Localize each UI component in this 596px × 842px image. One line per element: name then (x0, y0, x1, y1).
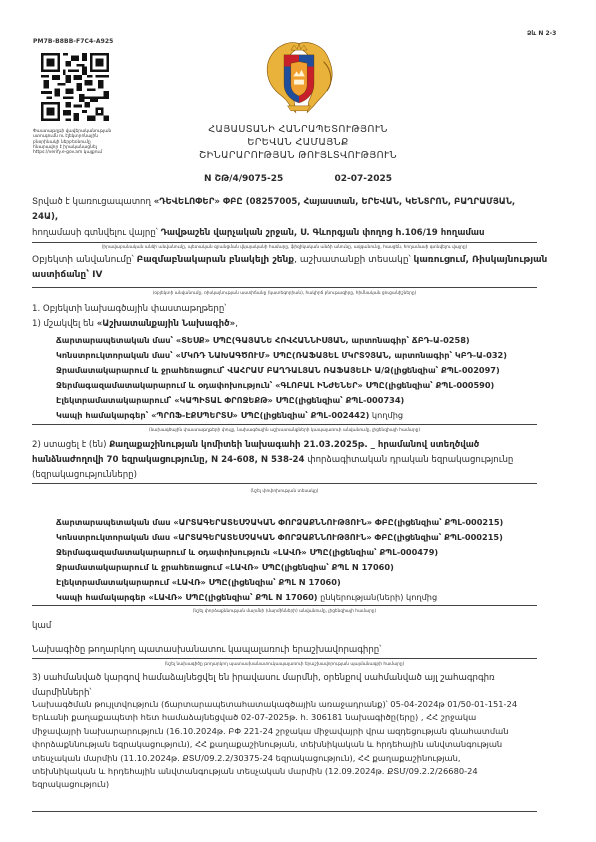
header-country: ՀԱՅԱՍՏԱՆԻ ՀԱՆՐԱՊԵՏՈՒԹՅՈՒՆ (0, 123, 596, 136)
designer-water: Ջրամատակարարում և ջրահեռացում՝ ՎԱՀՐԱՄ ԲԱ… (56, 365, 504, 376)
expertise-water: Ջրամատակարարում և ջրահեռացում «ԼԱՎՌ» ՍՊԸ… (56, 562, 504, 573)
designer-communications-line: Կապի համակարգեր՝ «ՊՐՈՖ-ԷՔՍՊԵՐՏՍ» ՍՊԸ(լից… (56, 410, 504, 421)
header-title: ՇԻՆԱՐԱՐՈՒԹՅԱՆ ԹՈՒՅԼՏՎՈՒԹՅՈՒՆ (0, 149, 596, 162)
item2-line2: հանձնաժողովի 70 եզրակացությունը, N 24-60… (32, 455, 504, 466)
designer-communications: Կապի համակարգեր՝ «ՊՐՈՖ-ԷՔՍՊԵՐՏՍ» ՍՊԸ(լից… (56, 410, 369, 420)
location-label: հողամասի գտնվելու վայրը՝ (32, 228, 161, 238)
item2-line3: (եզրակացությունները) (32, 470, 504, 481)
guarantee-caption: (նշել նախագիծը թողարկող պատասխանատուկապա… (32, 662, 537, 667)
permit-number: N ՇԹ/4/9075-25 (204, 174, 283, 184)
permit-date: 02-07-2025 (334, 174, 392, 184)
expertise-caption: (նշել փորձաքննության մարմնի (մարմինների)… (32, 609, 537, 614)
item2-line1: 2) ստացել է (են) Քաղաքաշինության կոմիտեի… (32, 440, 504, 451)
object-name-label: Օբյեկտի անվանումը՝ (32, 255, 137, 265)
item1-suffix: , (235, 319, 238, 329)
coat-of-arms-icon (258, 37, 340, 119)
divider (32, 287, 537, 288)
item1-prefix: 1) մշակվել են (32, 319, 97, 329)
document-code: PM7B-B8BB-F7C4-A925 (33, 38, 113, 45)
section1-title: 1. Օբյեկտի նախագծային փաստաթղթերը՝ (32, 304, 504, 315)
approval-line: Երևանի քաղաքապետի հետ համաձայնեցված 02-0… (32, 711, 542, 724)
expertise-hvac: Ջերմագազամատակարարում և օդափոխություն «Լ… (56, 547, 504, 558)
qr-code[interactable] (40, 53, 110, 121)
item2-committee: Քաղաքաշինության կոմիտեի նախագահի 21.03.2… (109, 440, 479, 450)
designer-hvac: Ջերմագազամատակարարում և օդափոխություն՝ «… (56, 380, 504, 391)
approvals-block: Նախագծման թույլտվություն (ճարտարապետահատ… (32, 698, 542, 792)
expertise-architecture: Ճարտարապետական մաս «ԱՐՏԱԳԵՐԱՏԵՍՉԱԿԱՆ ՓՈՐ… (56, 517, 504, 528)
expertise-electrical: Էլեկտրամատակարարում «ԼԱՎՌ» ՍՊԸ(լիցենզիա՝… (56, 577, 504, 588)
item1-line: 1) մշակվել են «Աշխատանքային Նախագիծ», (32, 319, 504, 330)
approval-line: միջավայրի նախարարություն (16.10.2024թ. Բ… (32, 725, 542, 738)
expertise-communications-line: Կապի համակարգեր «ԼԱՎՌ» ՍՊԸ(լիցենզիա՝ ՔՊԼ… (56, 592, 504, 603)
divider (32, 811, 537, 812)
issued-caption: (իրավաբանական անձի անվանումը, պետական գր… (32, 245, 537, 250)
location-line: հողամասի գտնվելու վայրը՝ Դավթաշեն վարչակ… (32, 228, 504, 239)
designers-suffix: կողմից (369, 410, 403, 420)
risk-level: աստիճանը՝ IV (32, 270, 504, 281)
expertise-structural: Կոնստրուկտորական մաս «ԱՐՏԱԳԵՐԱՏԵՍՉԱԿԱՆ Փ… (56, 532, 504, 543)
approval-line: եզրակացություն) (32, 778, 542, 791)
guarantee-line: Նախագիծը թողարկող պատասխանատու կապալառու… (32, 645, 504, 656)
divider (32, 658, 537, 659)
divider (32, 242, 537, 243)
divider (32, 424, 537, 425)
developer-address-cont: 24Ա), (32, 212, 504, 223)
land-location: Դավթաշեն վարչական շրջան, Ս. Գևորգյան փող… (161, 228, 485, 238)
issued-line: Տրված է կառուցապատող «ԴԵՎԵԼՈՓԵՐ» ՓԲԸ (08… (32, 197, 504, 208)
object-line: Օբյեկտի անվանումը՝ Բազմաբնակարան բնակելի… (32, 255, 504, 266)
form-number: Ձև N 2-3 (527, 30, 556, 37)
designer-architecture: Ճարտարապետական մաս՝ «ՏԵՍՔ» ՍՊԸ(ԳԱՅԱՆԵ ՀՈ… (56, 335, 504, 346)
item2-prefix: 2) ստացել է (են) (32, 440, 109, 450)
expertise-suffix: ընկերության(ների) կողմից (318, 592, 438, 602)
permit-meta: N ՇԹ/4/9075-25 02-07-2025 (0, 174, 596, 184)
issued-prefix: Տրված է կառուցապատող (32, 197, 154, 207)
designer-electrical: Էլեկտրամատակարարում՝ «ԿԱՊԻՏԱԼ ՓՐՈՋԵՔԹ» Ս… (56, 395, 504, 406)
item3-line1: 3) սահմանված կարգով համաձայնեցվել են իրա… (32, 673, 504, 684)
work-type-label: , աշխատանքի տեսակը՝ (294, 255, 413, 265)
item2-conclusions: հանձնաժողովի 70 եզրակացությունը, N 24-60… (32, 455, 305, 465)
designer-structural: Կոնստրուկտորական մաս՝ «ՄԿՌԴ ՆԱԽԱԳԾՈՒՄ» Ս… (56, 350, 504, 361)
approval-line: փորձաքննության եզրակացություն), ՀՀ քաղաք… (32, 738, 542, 751)
designers-caption: (նախագծային փաստաթղթերի փուլը, նախագծայի… (32, 428, 537, 433)
or-label: կամ (32, 621, 504, 632)
change-caption: (նշել փոփոխության տեսակը) (32, 489, 537, 494)
developer-name: «ԴԵՎԵԼՈՓԵՐ» ՓԲԸ (08257005, Հայաստան, ԵՐԵ… (154, 197, 515, 207)
approval-line: տեխնիկական և հրդեհային անվտանգության տես… (32, 765, 542, 778)
header-community: ԵՐԵՎԱՆ ՀԱՄԱՅՆՔ (0, 136, 596, 149)
item2-suffix: փորձագիտական դրական եզրակացությունը (305, 455, 514, 465)
expertise-communications: Կապի համակարգեր «ԼԱՎՌ» ՍՊԸ(լիցենզիա՝ ՔՊԼ… (56, 592, 318, 602)
divider (32, 605, 537, 606)
approval-line: Նախագծման թույլտվություն (ճարտարապետահատ… (32, 698, 542, 711)
object-name: Բազմաբնակարան բնակելի շենք (137, 255, 294, 265)
divider (32, 483, 537, 484)
object-caption: (օբյեկտի անվանումը, ռիսկայնության աստիճա… (32, 291, 537, 296)
project-type: «Աշխատանքային Նախագիծ» (97, 319, 236, 329)
work-type: կառուցում, Ռիսկայնության (414, 255, 548, 265)
approval-line: տեսչական մարմին (11.10.2024թ. ՔՏՄ/09.2.2… (32, 752, 542, 765)
